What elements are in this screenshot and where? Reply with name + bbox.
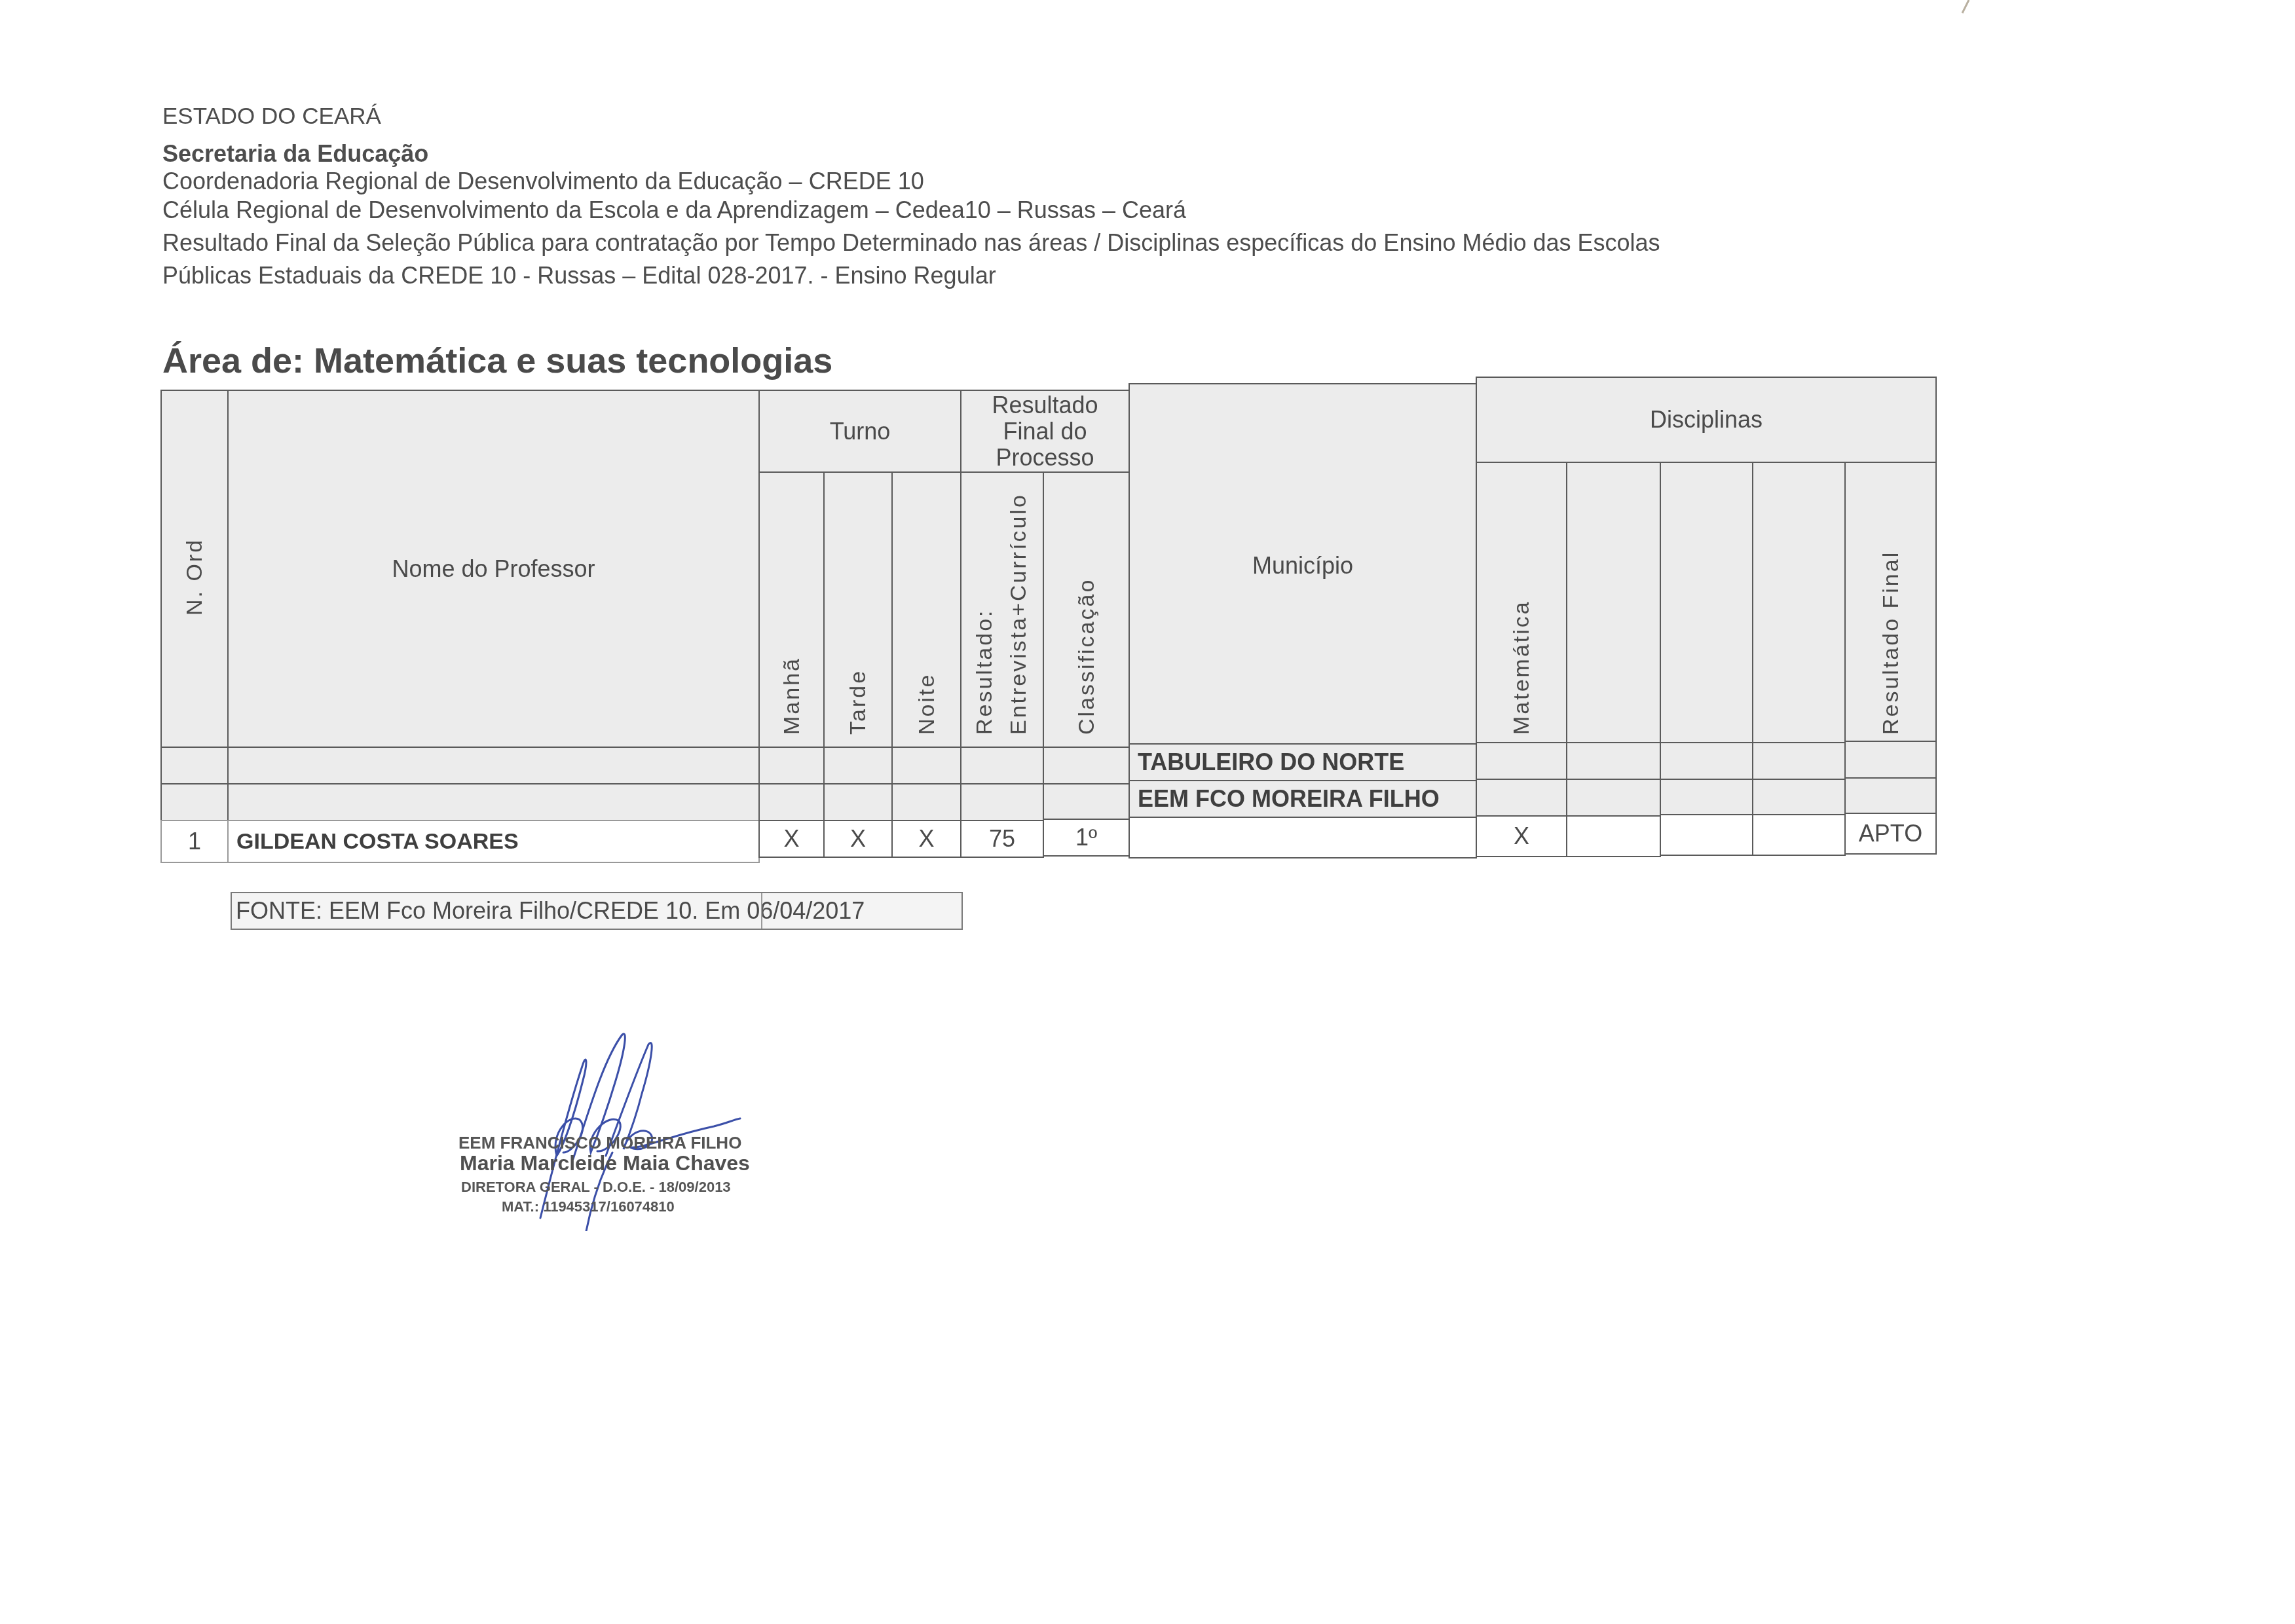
header-matematica-label: Matemática bbox=[1509, 600, 1534, 735]
group-cell bbox=[227, 747, 760, 784]
cell-resultado: 75 bbox=[960, 820, 1044, 858]
header-disciplina-matematica: Matemática bbox=[1476, 462, 1567, 748]
cell-disciplina-2 bbox=[1566, 815, 1661, 857]
header-tarde: Tarde bbox=[823, 471, 893, 748]
matematica-value: X bbox=[1477, 822, 1566, 850]
header-manha: Manhã bbox=[758, 471, 825, 748]
group-cell bbox=[1660, 779, 1753, 817]
tarde-value: X bbox=[825, 825, 891, 853]
group-cell bbox=[160, 783, 229, 821]
group-municipio-cell: TABULEIRO DO NORTE bbox=[1129, 743, 1477, 781]
header-nome: Nome do Professor bbox=[227, 390, 760, 748]
group-cell bbox=[758, 783, 825, 821]
group-cell bbox=[1844, 741, 1937, 779]
resultado-value: 75 bbox=[961, 825, 1043, 853]
header-classificacao-label: Classificação bbox=[1074, 578, 1099, 735]
header-coordenadoria: Coordenadoria Regional de Desenvolviment… bbox=[162, 168, 924, 195]
stamp-school: EEM FRANCISCO MOREIRA FILHO bbox=[458, 1133, 741, 1153]
header-n-ord: N. Ord bbox=[160, 390, 229, 748]
group-cell bbox=[160, 747, 229, 784]
group-cell bbox=[1043, 747, 1130, 784]
nome-value: GILDEAN COSTA SOARES bbox=[236, 829, 519, 855]
header-turno: Turno bbox=[758, 390, 961, 473]
group-cell bbox=[823, 783, 893, 821]
header-resultado-line2: Entrevista+Currículo bbox=[1006, 493, 1031, 735]
header-resultado-entrevista: Resultado: Entrevista+Currículo bbox=[960, 471, 1044, 748]
group-cell bbox=[1752, 742, 1846, 780]
source-note-text: FONTE: EEM Fco Moreira Filho/CREDE 10. E… bbox=[236, 897, 865, 924]
group-cell bbox=[891, 783, 961, 821]
classificacao-value: 1º bbox=[1044, 824, 1129, 851]
header-noite: Noite bbox=[891, 471, 961, 748]
area-title: Área de: Matemática e suas tecnologias bbox=[162, 341, 832, 381]
group-cell bbox=[1660, 742, 1753, 780]
group-cell bbox=[1752, 779, 1846, 817]
results-table: N. Ord Nome do Professor Turno Manhã Tar… bbox=[160, 390, 1937, 864]
group-cell bbox=[1566, 742, 1661, 780]
cell-disciplina-matematica: X bbox=[1476, 815, 1567, 857]
header-nome-label: Nome do Professor bbox=[229, 555, 758, 583]
header-municipio: Município bbox=[1129, 383, 1477, 748]
group-cell bbox=[1043, 783, 1130, 821]
scan-artifact-icon bbox=[1961, 0, 1970, 14]
cell-resultado-final: APTO bbox=[1844, 813, 1937, 855]
group-cell bbox=[1844, 777, 1937, 815]
cell-disciplina-3 bbox=[1660, 814, 1753, 856]
header-resultado-final-label: Resultado Final bbox=[1878, 551, 1903, 735]
header-disciplinas-label: Disciplinas bbox=[1477, 406, 1935, 434]
header-disciplina-3 bbox=[1660, 462, 1753, 748]
cell-classificacao: 1º bbox=[1043, 819, 1130, 857]
group-cell bbox=[960, 747, 1044, 784]
header-disciplinas: Disciplinas bbox=[1476, 377, 1937, 463]
source-note: FONTE: EEM Fco Moreira Filho/CREDE 10. E… bbox=[231, 892, 963, 930]
group-cell bbox=[891, 747, 961, 784]
cell-n-ord: 1 bbox=[160, 820, 229, 863]
header-secretaria: Secretaria da Educação bbox=[162, 140, 428, 168]
header-n-ord-label: N. Ord bbox=[182, 538, 207, 616]
stamp-name: Maria Marcleide Maia Chaves bbox=[460, 1151, 750, 1175]
header-resultado-line1: Resultado: bbox=[972, 608, 997, 735]
header-resultado-final: Resultado Final bbox=[1844, 462, 1937, 748]
header-turno-label: Turno bbox=[760, 418, 960, 445]
cell-municipio bbox=[1129, 817, 1477, 858]
resultado-final-value: APTO bbox=[1846, 820, 1935, 847]
header-resultado-processo: Resultado Final do Processo bbox=[960, 390, 1130, 473]
cell-disciplina-4 bbox=[1752, 814, 1846, 856]
header-tarde-label: Tarde bbox=[846, 669, 870, 735]
stamp-role: DIRETORA GERAL - D.O.E. - 18/09/2013 bbox=[461, 1179, 731, 1196]
group-cell bbox=[1476, 779, 1567, 817]
cell-manha: X bbox=[758, 820, 825, 858]
header-municipio-label: Município bbox=[1130, 552, 1476, 580]
header-disciplina-2 bbox=[1566, 462, 1661, 748]
school-name: EEM FCO MOREIRA FILHO bbox=[1138, 785, 1440, 813]
header-resultado-line1: Resultado Final da Seleção Pública para … bbox=[162, 229, 1660, 257]
group-cell bbox=[227, 783, 760, 821]
header-celula: Célula Regional de Desenvolvimento da Es… bbox=[162, 196, 1186, 224]
header-classificacao: Classificação bbox=[1043, 471, 1130, 748]
cell-tarde: X bbox=[823, 820, 893, 858]
header-noite-label: Noite bbox=[914, 673, 939, 735]
group-cell bbox=[960, 783, 1044, 821]
cell-noite: X bbox=[891, 820, 961, 858]
group-cell bbox=[758, 747, 825, 784]
divider bbox=[761, 893, 762, 929]
header-disciplina-4 bbox=[1752, 462, 1846, 748]
group-cell bbox=[1476, 742, 1567, 780]
stamp-matricula: MAT.: 11945317/16074810 bbox=[502, 1198, 675, 1215]
header-manha-label: Manhã bbox=[779, 657, 804, 735]
header-state: ESTADO DO CEARÁ bbox=[162, 103, 381, 130]
cell-nome: GILDEAN COSTA SOARES bbox=[227, 820, 760, 863]
noite-value: X bbox=[893, 825, 960, 853]
group-school-cell: EEM FCO MOREIRA FILHO bbox=[1129, 780, 1477, 818]
group-cell bbox=[823, 747, 893, 784]
group-cell bbox=[1566, 779, 1661, 817]
header-resultado-line2: Públicas Estaduais da CREDE 10 - Russas … bbox=[162, 262, 996, 289]
municipio-name: TABULEIRO DO NORTE bbox=[1138, 748, 1404, 776]
n-ord-value: 1 bbox=[162, 828, 227, 855]
header-resultado-processo-label: Resultado Final do Processo bbox=[961, 392, 1129, 471]
signature-stamp: EEM FRANCISCO MOREIRA FILHO Maria Marcle… bbox=[452, 1022, 753, 1231]
manha-value: X bbox=[760, 825, 823, 853]
